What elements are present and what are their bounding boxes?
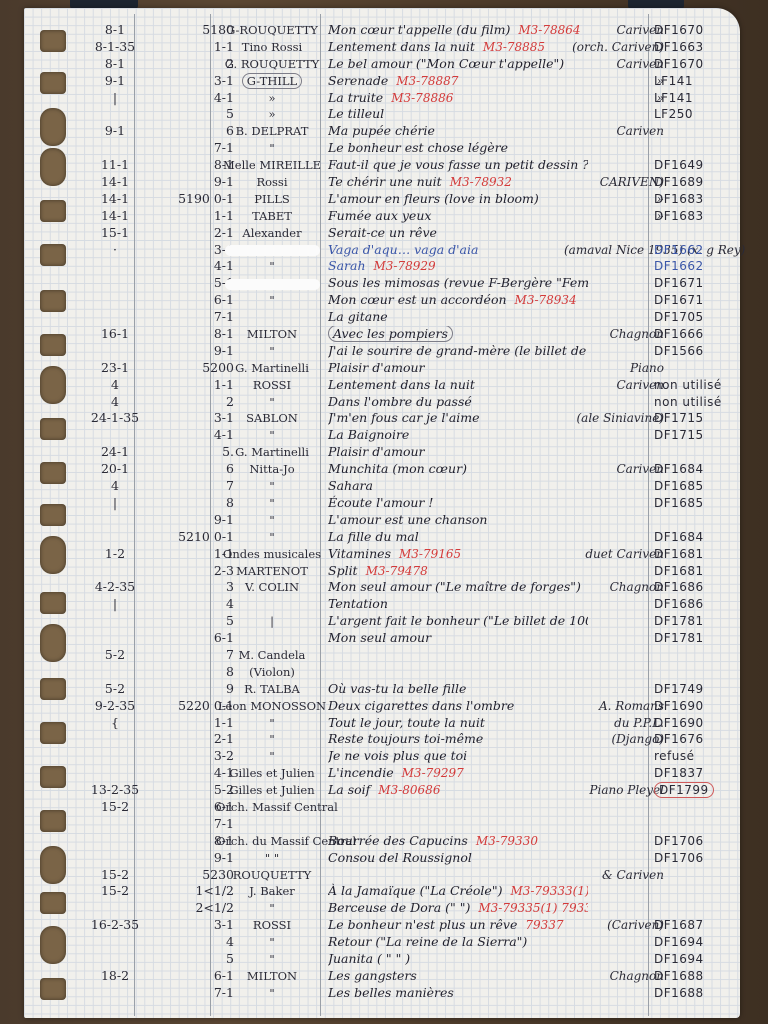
ledger-row: 5»Le tilleulLF250	[24, 106, 740, 123]
ledger-row: 5"Juanita ( " " )DF1694	[24, 951, 740, 968]
catalog-cell: DF1670	[654, 56, 736, 73]
matrix-cell: 4	[142, 596, 234, 613]
song-title: Le bonheur est chose légère	[328, 140, 508, 155]
note-cell: (orch. Cariven)	[564, 39, 664, 56]
catalog-cell: DF1715	[654, 427, 736, 444]
title-cell: Je ne vois plus que toi	[328, 748, 588, 765]
song-title: Reste toujours toi-même	[328, 731, 483, 746]
ledger-row: 3-2"Je ne vois plus que toirefusé	[24, 748, 740, 765]
title-cell: Le bonheur n'est plus un rêve79337	[328, 917, 588, 934]
title-cell: Fumée aux yeux	[328, 208, 588, 225]
note-cell: (amaval Nice 1935) (x: g Rey)	[564, 242, 664, 259]
ledger-row: 15-21<1/2J. BakerÀ la Jamaïque ("La Créo…	[24, 883, 740, 900]
artist-cell: ROSSI	[216, 377, 328, 394]
title-cell: La gitane	[328, 309, 588, 326]
catalog-cell: refusé	[654, 748, 736, 765]
song-title: La Baignoire	[328, 427, 409, 442]
matrix-reference: M3-79333(1) 79334(2)	[510, 884, 588, 898]
artist-cell: Orch. du Massif Central	[216, 833, 328, 850]
ledger-row: 47"SaharaDF1685	[24, 478, 740, 495]
artist-cell: »	[216, 90, 328, 107]
artist-cell: "	[216, 748, 328, 765]
song-title: Mon cœur t'appelle (du film)	[328, 22, 510, 37]
catalog-cell: DF1649	[654, 157, 736, 174]
title-cell: Plaisir d'amour	[328, 360, 588, 377]
ledger-row: 5210 0-1"La fille du malDF1684	[24, 529, 740, 546]
ledger-row: 14-19-1RossiTe chérir une nuitM3-78932CA…	[24, 174, 740, 191]
catalog-cell: DF1681	[654, 563, 736, 580]
title-cell: Vaga d'aqu… vaga d'aia	[328, 242, 588, 259]
artist-cell: "	[216, 394, 328, 411]
ledger-row: 4-1Gilles et JulienL'incendieM3-79297DF1…	[24, 765, 740, 782]
ledger-row: 4-2-353V. COLINMon seul amour ("Le maîtr…	[24, 579, 740, 596]
artist-cell: ROSSI	[216, 917, 328, 934]
ledger-row: 8-15180G-ROUQUETTYMon cœur t'appelle (du…	[24, 22, 740, 39]
ledger-row: 18-26-1MILTONLes gangstersChagnonDF1688	[24, 968, 740, 985]
song-title: Le tilleul	[328, 106, 384, 121]
title-cell: Plaisir d'amour	[328, 444, 588, 461]
artist-cell: ROUQUETTY	[216, 867, 328, 884]
title-cell: La fille du mal	[328, 529, 588, 546]
artist-cell: "	[216, 934, 328, 951]
artist-cell: »	[216, 106, 328, 123]
artist-cell: "	[216, 715, 328, 732]
artist-cell: |	[216, 613, 328, 630]
song-title: Serait-ce un rêve	[328, 225, 437, 240]
song-title: Split	[328, 563, 358, 578]
note-cell: (Django)	[564, 731, 664, 748]
artist-cell: "	[216, 731, 328, 748]
title-cell: L'amour en fleurs (love in bloom)	[328, 191, 588, 208]
artist-cell: "	[216, 529, 328, 546]
ledger-row: |4-1»La truiteM3-78886»LF141	[24, 90, 740, 107]
title-cell: Les belles manières	[328, 985, 588, 1002]
artist-cell: "	[216, 495, 328, 512]
ledger-row: 7-1"Les belles manièresDF1688	[24, 985, 740, 1002]
artist-cell: MILTON	[216, 326, 328, 343]
artist-cell: Tino Rossi	[216, 39, 328, 56]
ledger-row: 4-1"SarahM3-78929DF1662	[24, 258, 740, 275]
title-cell: Serait-ce un rêve	[328, 225, 588, 242]
song-title: L'incendie	[328, 765, 394, 780]
song-title: Le bel amour ("Mon Cœur t'appelle")	[328, 56, 564, 71]
song-title: J'm'en fous car je l'aime	[328, 410, 480, 425]
matrix-cell: 7-1	[142, 816, 234, 833]
artist-cell: "	[216, 292, 328, 309]
artist-cell: M. Candela	[216, 647, 328, 664]
song-title: Consou del Roussignol	[328, 850, 472, 865]
song-title: Te chérir une nuit	[328, 174, 442, 189]
ledger-row: |8"Écoute l'amour !DF1685	[24, 495, 740, 512]
ledger-row: 14-11-1TABETFumée aux yeux»DF1683	[24, 208, 740, 225]
ledger-row: 16-2-353-1ROSSILe bonheur n'est plus un …	[24, 917, 740, 934]
song-title: Dans l'ombre du passé	[328, 394, 472, 409]
ledger-row: 9-13-1G-THILLSerenadeM3-78887»LF141	[24, 73, 740, 90]
ledger-row: 5|L'argent fait le bonheur ("Le billet d…	[24, 613, 740, 630]
ledger-row: 8-1-351-1Tino RossiLentement dans la nui…	[24, 39, 740, 56]
note-cell: A. Romans	[564, 698, 664, 715]
artist-cell: "	[216, 985, 328, 1002]
song-title: Lentement dans la nuit	[328, 39, 475, 54]
ledger-page: 8-15180G-ROUQUETTYMon cœur t'appelle (du…	[24, 8, 740, 1018]
artist-cell: MARTENOT	[216, 563, 328, 580]
song-title: L'argent fait le bonheur ("Le billet de …	[328, 613, 588, 628]
title-cell: Bourrée des CapucinsM3-79330	[328, 833, 588, 850]
note-cell: »	[564, 90, 664, 107]
song-title: Berceuse de Dora (" ")	[328, 900, 470, 915]
artist-cell: G. ROUQUETTY	[216, 56, 328, 73]
catalog-cell: DF1684	[654, 529, 736, 546]
catalog-cell: DF1694	[654, 934, 736, 951]
song-title: J'ai le sourire de grand-mère (le billet…	[328, 343, 588, 358]
song-title: Fumée aux yeux	[328, 208, 431, 223]
artist-cell: G. Martinelli	[216, 360, 328, 377]
artist-cell: J. Baker	[216, 883, 328, 900]
ledger-row: 9-1"L'amour est une chanson	[24, 512, 740, 529]
song-title: L'amour est une chanson	[328, 512, 487, 527]
song-title: Les gangsters	[328, 968, 417, 983]
ledger-row: 15-12-1AlexanderSerait-ce un rêve	[24, 225, 740, 242]
matrix-reference: M3-79330	[476, 834, 538, 848]
artist-cell: "	[216, 140, 328, 157]
song-title: La truite	[328, 90, 383, 105]
title-cell: L'argent fait le bonheur ("Le billet de …	[328, 613, 588, 630]
note-cell: Cariven	[564, 56, 664, 73]
ledger-row: |4TentationDF1686	[24, 596, 740, 613]
catalog-cell: DF1687	[654, 917, 736, 934]
ledger-row: 14-15190 0-1PILLSL'amour en fleurs (love…	[24, 191, 740, 208]
song-title: Lentement dans la nuit	[328, 377, 475, 392]
note-cell: Cariven	[564, 123, 664, 140]
catalog-cell: DF1685	[654, 495, 736, 512]
catalog-cell: DF1686	[654, 596, 736, 613]
artist-cell: G-THILL	[216, 73, 328, 90]
catalog-cell: DF1676	[654, 731, 736, 748]
title-cell: Le tilleul	[328, 106, 588, 123]
catalog-cell: DF1705	[654, 309, 736, 326]
ledger-row: 42"Dans l'ombre du passénon utilisé	[24, 394, 740, 411]
catalog-cell: DF1683	[654, 191, 736, 208]
song-title: La fille du mal	[328, 529, 419, 544]
title-cell: Deux cigarettes dans l'ombre	[328, 698, 588, 715]
ledger-row: 7-1	[24, 816, 740, 833]
catalog-cell: DF1688	[654, 985, 736, 1002]
ledger-row: 11-18-1Melle MIREILLEFaut-il que je vous…	[24, 157, 740, 174]
title-cell: Le bonheur est chose légère	[328, 140, 588, 157]
title-cell: VitaminesM3-79165	[328, 546, 588, 563]
title-cell: Avec les pompiers	[328, 326, 588, 343]
catalog-cell: DF1671	[654, 292, 736, 309]
catalog-cell: DF1683	[654, 208, 736, 225]
title-cell: Munchita (mon cœur)	[328, 461, 588, 478]
song-title: Plaisir d'amour	[328, 444, 425, 459]
ledger-row: 24-15.G. MartinelliPlaisir d'amour	[24, 444, 740, 461]
matrix-reference: M3-80686	[378, 783, 440, 797]
ledger-row: 6-1"Mon cœur est un accordéonM3-78934DF1…	[24, 292, 740, 309]
title-cell: À la Jamaïque ("La Créole")M3-79333(1) 7…	[328, 883, 588, 900]
catalog-cell: DF1688	[654, 968, 736, 985]
title-cell: Mon seul amour ("Le maître de forges")	[328, 579, 588, 596]
title-cell: La soifM3-80686	[328, 782, 588, 799]
artist-cell: G. Martinelli	[216, 444, 328, 461]
title-cell: SarahM3-78929	[328, 258, 588, 275]
matrix-reference: M3-78885	[483, 40, 545, 54]
title-cell: L'incendieM3-79297	[328, 765, 588, 782]
matrix-reference: M3-79335(1) 79336(2)	[478, 901, 588, 915]
title-cell: J'ai le sourire de grand-mère (le billet…	[328, 343, 588, 360]
ledger-row: 41-1ROSSILentement dans la nuitCarivenno…	[24, 377, 740, 394]
song-title: Ma pupée chérie	[328, 123, 435, 138]
ledger-row: 7-1"Le bonheur est chose légère	[24, 140, 740, 157]
title-cell: Ma pupée chérie	[328, 123, 588, 140]
ledger-row: 9-16B. DELPRATMa pupée chérieCariven	[24, 123, 740, 140]
matrix-reference: 79337	[525, 918, 563, 932]
artist-cell: "	[216, 427, 328, 444]
artist-cell: TABET	[216, 208, 328, 225]
song-title: À la Jamaïque ("La Créole")	[328, 883, 502, 898]
matrix-cell: 6-1	[142, 630, 234, 647]
note-cell: Cariven	[564, 377, 664, 394]
song-title: Je ne vois plus que toi	[328, 748, 467, 763]
note-cell: Piano	[564, 360, 664, 377]
note-cell: & Cariven	[564, 867, 664, 884]
ledger-row: 9-1" "Consou del RoussignolDF1706	[24, 850, 740, 867]
catalog-cell: DF1666	[654, 326, 736, 343]
matrix-reference: M3-79478	[366, 564, 428, 578]
title-cell: Tout le jour, toute la nuit	[328, 715, 588, 732]
song-title: Juanita ( " " )	[328, 951, 410, 966]
ledger-row: 15-26-1Orch. Massif Central	[24, 799, 740, 816]
note-cell: CARIVEN)	[564, 174, 664, 191]
ledger-row: 2-1"Reste toujours toi-même(Django)DF167…	[24, 731, 740, 748]
ledger-row: 23-15200G. MartinelliPlaisir d'amourPian…	[24, 360, 740, 377]
artist-cell: Alexander	[216, 225, 328, 242]
title-cell: Reste toujours toi-même	[328, 731, 588, 748]
ledger-row: 8(Violon)	[24, 664, 740, 681]
ledger-row: 8-12G. ROUQUETTYLe bel amour ("Mon Cœur …	[24, 56, 740, 73]
artist-cell: Gilles et Julien	[216, 765, 328, 782]
catalog-cell: DF1690	[654, 715, 736, 732]
artist-cell: Nitta-Jo	[216, 461, 328, 478]
artist-cell: R. TALBA	[216, 681, 328, 698]
note-cell: duet Cariven	[564, 546, 664, 563]
catalog-cell: DF1663	[654, 39, 736, 56]
artist-cell: Rossi	[216, 174, 328, 191]
catalog-cell: DF1781	[654, 630, 736, 647]
title-cell: SplitM3-79478	[328, 563, 588, 580]
catalog-cell: DF1662	[654, 258, 736, 275]
ledger-row: 6-1Mon seul amourDF1781	[24, 630, 740, 647]
artist-cell: Orch. Massif Central	[216, 799, 328, 816]
title-cell: Berceuse de Dora (" ")M3-79335(1) 79336(…	[328, 900, 588, 917]
artist-cell: Ondes musicales	[216, 546, 328, 563]
catalog-cell: LF141	[654, 90, 736, 107]
title-cell: Mon seul amour	[328, 630, 588, 647]
catalog-cell: DF1689	[654, 174, 736, 191]
catalog-cell: DF1670	[654, 22, 736, 39]
title-cell: Retour ("La reine de la Sierra")	[328, 934, 588, 951]
ledger-row: 16-18-1MILTONAvec les pompiersChagnonDF1…	[24, 326, 740, 343]
note-cell: »	[564, 73, 664, 90]
ledger-row: 1-21-1Ondes musicalesVitaminesM3-79165du…	[24, 546, 740, 563]
song-title: Deux cigarettes dans l'ombre	[328, 698, 514, 713]
title-cell: Écoute l'amour !	[328, 495, 588, 512]
note-cell: Chagnon	[564, 579, 664, 596]
artist-cell: "	[216, 900, 328, 917]
title-cell: SerenadeM3-78887	[328, 73, 588, 90]
note-cell: du P.P.L.	[564, 715, 664, 732]
title-cell: Faut-il que je vous fasse un petit dessi…	[328, 157, 588, 174]
title-cell: Les gangsters	[328, 968, 588, 985]
title-cell: Mon cœur est un accordéonM3-78934	[328, 292, 588, 309]
ledger-row: 13-2-355-2Gilles et JulienLa soifM3-8068…	[24, 782, 740, 799]
artist-cell: "	[216, 343, 328, 360]
catalog-cell: DF1690	[654, 698, 736, 715]
artist-cell: PILLS	[216, 191, 328, 208]
song-title: La soif	[328, 782, 370, 797]
song-title: Mon seul amour	[328, 630, 431, 645]
title-cell: Tentation	[328, 596, 588, 613]
matrix-reference: M3-78887	[396, 74, 458, 88]
catalog-cell: DF1694	[654, 951, 736, 968]
song-title: Tout le jour, toute la nuit	[328, 715, 485, 730]
artist-cell: " "	[216, 850, 328, 867]
title-cell: Où vas-tu la belle fille	[328, 681, 588, 698]
ledger-row: 15-25230ROUQUETTY& Cariven	[24, 867, 740, 884]
note-cell: (ale Siniavine)	[564, 410, 664, 427]
ledger-row: 5-27M. Candela	[24, 647, 740, 664]
title-cell: Le bel amour ("Mon Cœur t'appelle")	[328, 56, 588, 73]
matrix-reference: M3-78934	[515, 293, 577, 307]
note-cell: Chagnon	[564, 968, 664, 985]
catalog-cell: DF1781	[654, 613, 736, 630]
catalog-cell: DF1662	[654, 242, 736, 259]
song-title: Mon seul amour ("Le maître de forges")	[328, 579, 581, 594]
artist-cell: B. DELPRAT	[216, 123, 328, 140]
song-title: Retour ("La reine de la Sierra")	[328, 934, 527, 949]
song-title: Mon cœur est un accordéon	[328, 292, 507, 307]
note-cell: (Cariven)	[564, 917, 664, 934]
song-title: Les belles manières	[328, 985, 454, 1000]
song-title: Vitamines	[328, 546, 391, 561]
ledger-row: 24-1-353-1SABLONJ'm'en fous car je l'aim…	[24, 410, 740, 427]
ledger-row: 8-1Orch. du Massif CentralBourrée des Ca…	[24, 833, 740, 850]
title-cell: Sous les mimosas (revue F-Bergère "Femme…	[328, 275, 588, 292]
artist-cell: G-ROUQUETTY	[216, 22, 328, 39]
matrix-reference: M3-79297	[402, 766, 464, 780]
note-cell: Chagnon	[564, 326, 664, 343]
ledger-row: 4-1"La BaignoireDF1715	[24, 427, 740, 444]
title-cell: J'm'en fous car je l'aime	[328, 410, 588, 427]
catalog-cell: DF1706	[654, 850, 736, 867]
song-title: Tentation	[328, 596, 388, 611]
note-cell: »	[564, 191, 664, 208]
catalog-cell: DF1685	[654, 478, 736, 495]
song-title: Où vas-tu la belle fille	[328, 681, 466, 696]
song-title: Vaga d'aqu… vaga d'aia	[328, 242, 478, 257]
catalog-cell: non utilisé	[654, 394, 736, 411]
ledger-row: {1-1"Tout le jour, toute la nuitdu P.P.L…	[24, 715, 740, 732]
title-cell: Mon cœur t'appelle (du film)M3-78864	[328, 22, 588, 39]
ledger-row: 9-2-355220 0-1Léon MONOSSONDeux cigarett…	[24, 698, 740, 715]
artist-cell: (Violon)	[216, 664, 328, 681]
matrix-reference: M3-78932	[450, 175, 512, 189]
song-title: Sarah	[328, 258, 366, 273]
ledger-row: 5-1Sous les mimosas (revue F-Bergère "Fe…	[24, 275, 740, 292]
catalog-cell: DF1799	[654, 782, 736, 799]
matrix-reference: M3-78886	[391, 91, 453, 105]
matrix-reference: M3-79165	[399, 547, 461, 561]
song-title: Faut-il que je vous fasse un petit dessi…	[328, 157, 588, 172]
ledger-row: 20-16Nitta-JoMunchita (mon cœur)CarivenD…	[24, 461, 740, 478]
title-cell: Te chérir une nuitM3-78932	[328, 174, 588, 191]
ledger-row: 5-29R. TALBAOù vas-tu la belle filleDF17…	[24, 681, 740, 698]
ledger-row: 2<1/2"Berceuse de Dora (" ")M3-79335(1) …	[24, 900, 740, 917]
catalog-cell: LF250	[654, 106, 736, 123]
catalog-cell: non utilisé	[654, 377, 736, 394]
ledger-row: 2-3MARTENOTSplitM3-79478DF1681	[24, 563, 740, 580]
ledger-rows: 8-15180G-ROUQUETTYMon cœur t'appelle (du…	[24, 22, 740, 1002]
catalog-cell: DF1686	[654, 579, 736, 596]
ledger-row: 4"Retour ("La reine de la Sierra")DF1694	[24, 934, 740, 951]
artist-cell: Léon MONOSSON	[216, 698, 328, 715]
catalog-cell: DF1837	[654, 765, 736, 782]
song-title: L'amour en fleurs (love in bloom)	[328, 191, 539, 206]
title-cell: Consou del Roussignol	[328, 850, 588, 867]
matrix-reference: M3-78929	[374, 259, 436, 273]
ledger-row: 9-1"J'ai le sourire de grand-mère (le bi…	[24, 343, 740, 360]
artist-cell: MILTON	[216, 968, 328, 985]
title-cell: La Baignoire	[328, 427, 588, 444]
song-title: Munchita (mon cœur)	[328, 461, 467, 476]
catalog-cell: DF1715	[654, 410, 736, 427]
note-cell: Cariven	[564, 461, 664, 478]
matrix-cell: 7-1	[142, 309, 234, 326]
title-cell: Juanita ( " " )	[328, 951, 588, 968]
artist-cell-redacted	[216, 275, 328, 292]
catalog-cell: DF1681	[654, 546, 736, 563]
title-cell: La truiteM3-78886	[328, 90, 588, 107]
catalog-cell: DF1749	[654, 681, 736, 698]
note-cell: Cariven	[564, 22, 664, 39]
song-title: Bourrée des Capucins	[328, 833, 468, 848]
song-title: Avec les pompiers	[328, 326, 453, 342]
artist-cell: Melle MIREILLE	[216, 157, 328, 174]
song-title: La gitane	[328, 309, 388, 324]
ledger-row: ·3-1Vaga d'aqu… vaga d'aia(amaval Nice 1…	[24, 242, 740, 259]
title-cell: Sahara	[328, 478, 588, 495]
artist-cell: "	[216, 478, 328, 495]
song-title: Le bonheur n'est plus un rêve	[328, 917, 517, 932]
artist-cell-redacted	[216, 242, 328, 259]
title-cell: Lentement dans la nuit	[328, 377, 588, 394]
artist-cell: SABLON	[216, 410, 328, 427]
catalog-cell: DF1684	[654, 461, 736, 478]
song-title: Sahara	[328, 478, 373, 493]
artist-cell: "	[216, 951, 328, 968]
catalog-cell: DF1671	[654, 275, 736, 292]
title-cell: Dans l'ombre du passé	[328, 394, 588, 411]
artist-cell: Gilles et Julien	[216, 782, 328, 799]
artist-cell: "	[216, 512, 328, 529]
ledger-row: 7-1La gitaneDF1705	[24, 309, 740, 326]
song-title: Écoute l'amour !	[328, 495, 433, 510]
title-cell: Lentement dans la nuitM3-78885	[328, 39, 588, 56]
song-title: Sous les mimosas (revue F-Bergère "Femme…	[328, 275, 588, 290]
note-cell: Piano Pleyel	[564, 782, 664, 799]
note-cell: »	[564, 208, 664, 225]
song-title: Serenade	[328, 73, 388, 88]
